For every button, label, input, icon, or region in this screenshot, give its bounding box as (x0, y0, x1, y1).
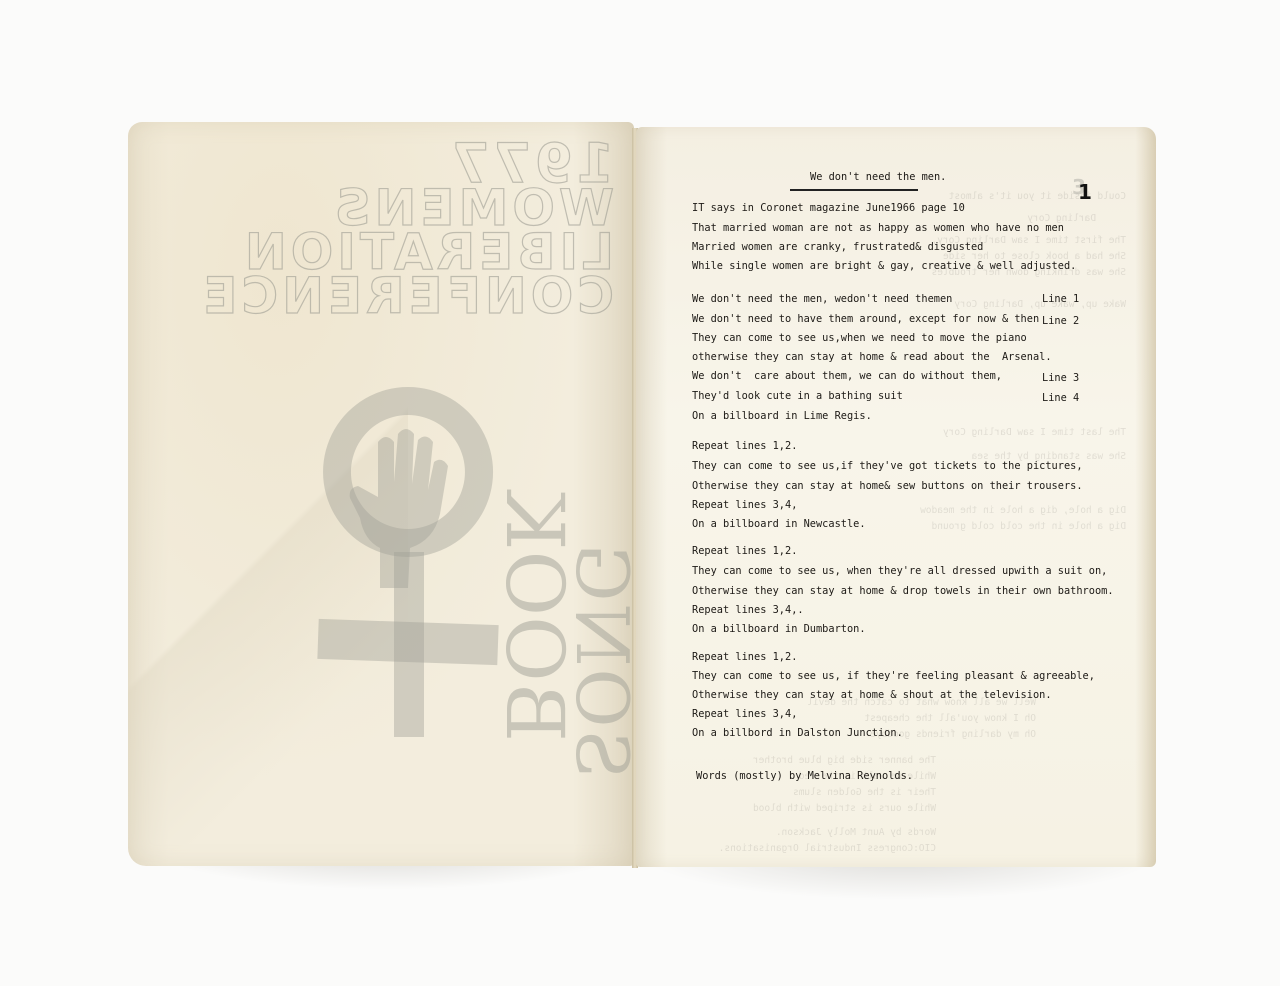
verse-line: Repeat lines 1,2. (692, 439, 797, 453)
page-number: 1 (1078, 180, 1092, 204)
cover-title-line: CONFERENCE (244, 274, 614, 318)
chorus-line: We don't care about them, we can do with… (692, 369, 1002, 383)
verse-line: Otherwise they can stay at home & shout … (692, 688, 1052, 702)
line-tag: Line 3 (1042, 371, 1079, 385)
verse-line: On a billboard in Dumbarton. (692, 622, 866, 636)
verse-line: Otherwise they can stay at home& sew but… (692, 479, 1083, 493)
line-tag: Line 4 (1042, 391, 1079, 405)
chorus-line: On a billboard in Lime Regis. (692, 409, 872, 423)
line-tag: Line 1 (1042, 292, 1079, 306)
title-underline (790, 189, 918, 191)
chorus-line: We don't need the men, wedon't need them… (692, 292, 952, 306)
verse-line: Repeat lines 3,4,. (692, 603, 804, 617)
right-page: Could inside it you it's almost Darling … (636, 127, 1156, 867)
verse-line: Repeat lines 3,4, (692, 707, 797, 721)
verse-line: Repeat lines 3,4, (692, 498, 797, 512)
reverse-side-bleed-through: Could inside it you it's almost Darling … (636, 127, 1156, 867)
verse-line: They can come to see us,if they've got t… (692, 459, 1083, 473)
verse-line: Otherwise they can stay at home & drop t… (692, 584, 1114, 598)
verse-line: Repeat lines 1,2. (692, 544, 797, 558)
intro-line: That married woman are not as happy as w… (692, 221, 1064, 235)
verse-line: Repeat lines 1,2. (692, 650, 797, 664)
chorus-line: otherwise they can stay at home & read a… (692, 350, 1052, 364)
chorus-line: They can come to see us,when we need to … (692, 331, 1027, 345)
verse-line: They can come to see us, if they're feel… (692, 669, 1095, 683)
left-page: 1977 WOMENS LIBERATION CONFERENCE SONG B… (128, 122, 634, 866)
verse-line: On a billbord in Dalston Junction. (692, 726, 903, 740)
line-tag: Line 2 (1042, 314, 1079, 328)
chorus-line: We don't need to have them around, excep… (692, 312, 1039, 326)
verse-line: On a billboard in Newcastle. (692, 517, 866, 531)
venus-fist-icon (308, 377, 508, 737)
cover-title: 1977 WOMENS LIBERATION CONFERENCE (244, 142, 614, 318)
intro-line: IT says in Coronet magazine June1966 pag… (692, 201, 965, 215)
song-title: We don't need the men. (810, 171, 946, 183)
song-credit: Words (mostly) by Melvina Reynolds. (696, 769, 913, 783)
intro-line: While single women are bright & gay, cre… (692, 259, 1076, 273)
intro-line: Married women are cranky, frustrated& di… (692, 240, 983, 254)
verse-line: They can come to see us, when they're al… (692, 564, 1107, 578)
chorus-line: They'd look cute in a bathing suit (692, 389, 903, 403)
